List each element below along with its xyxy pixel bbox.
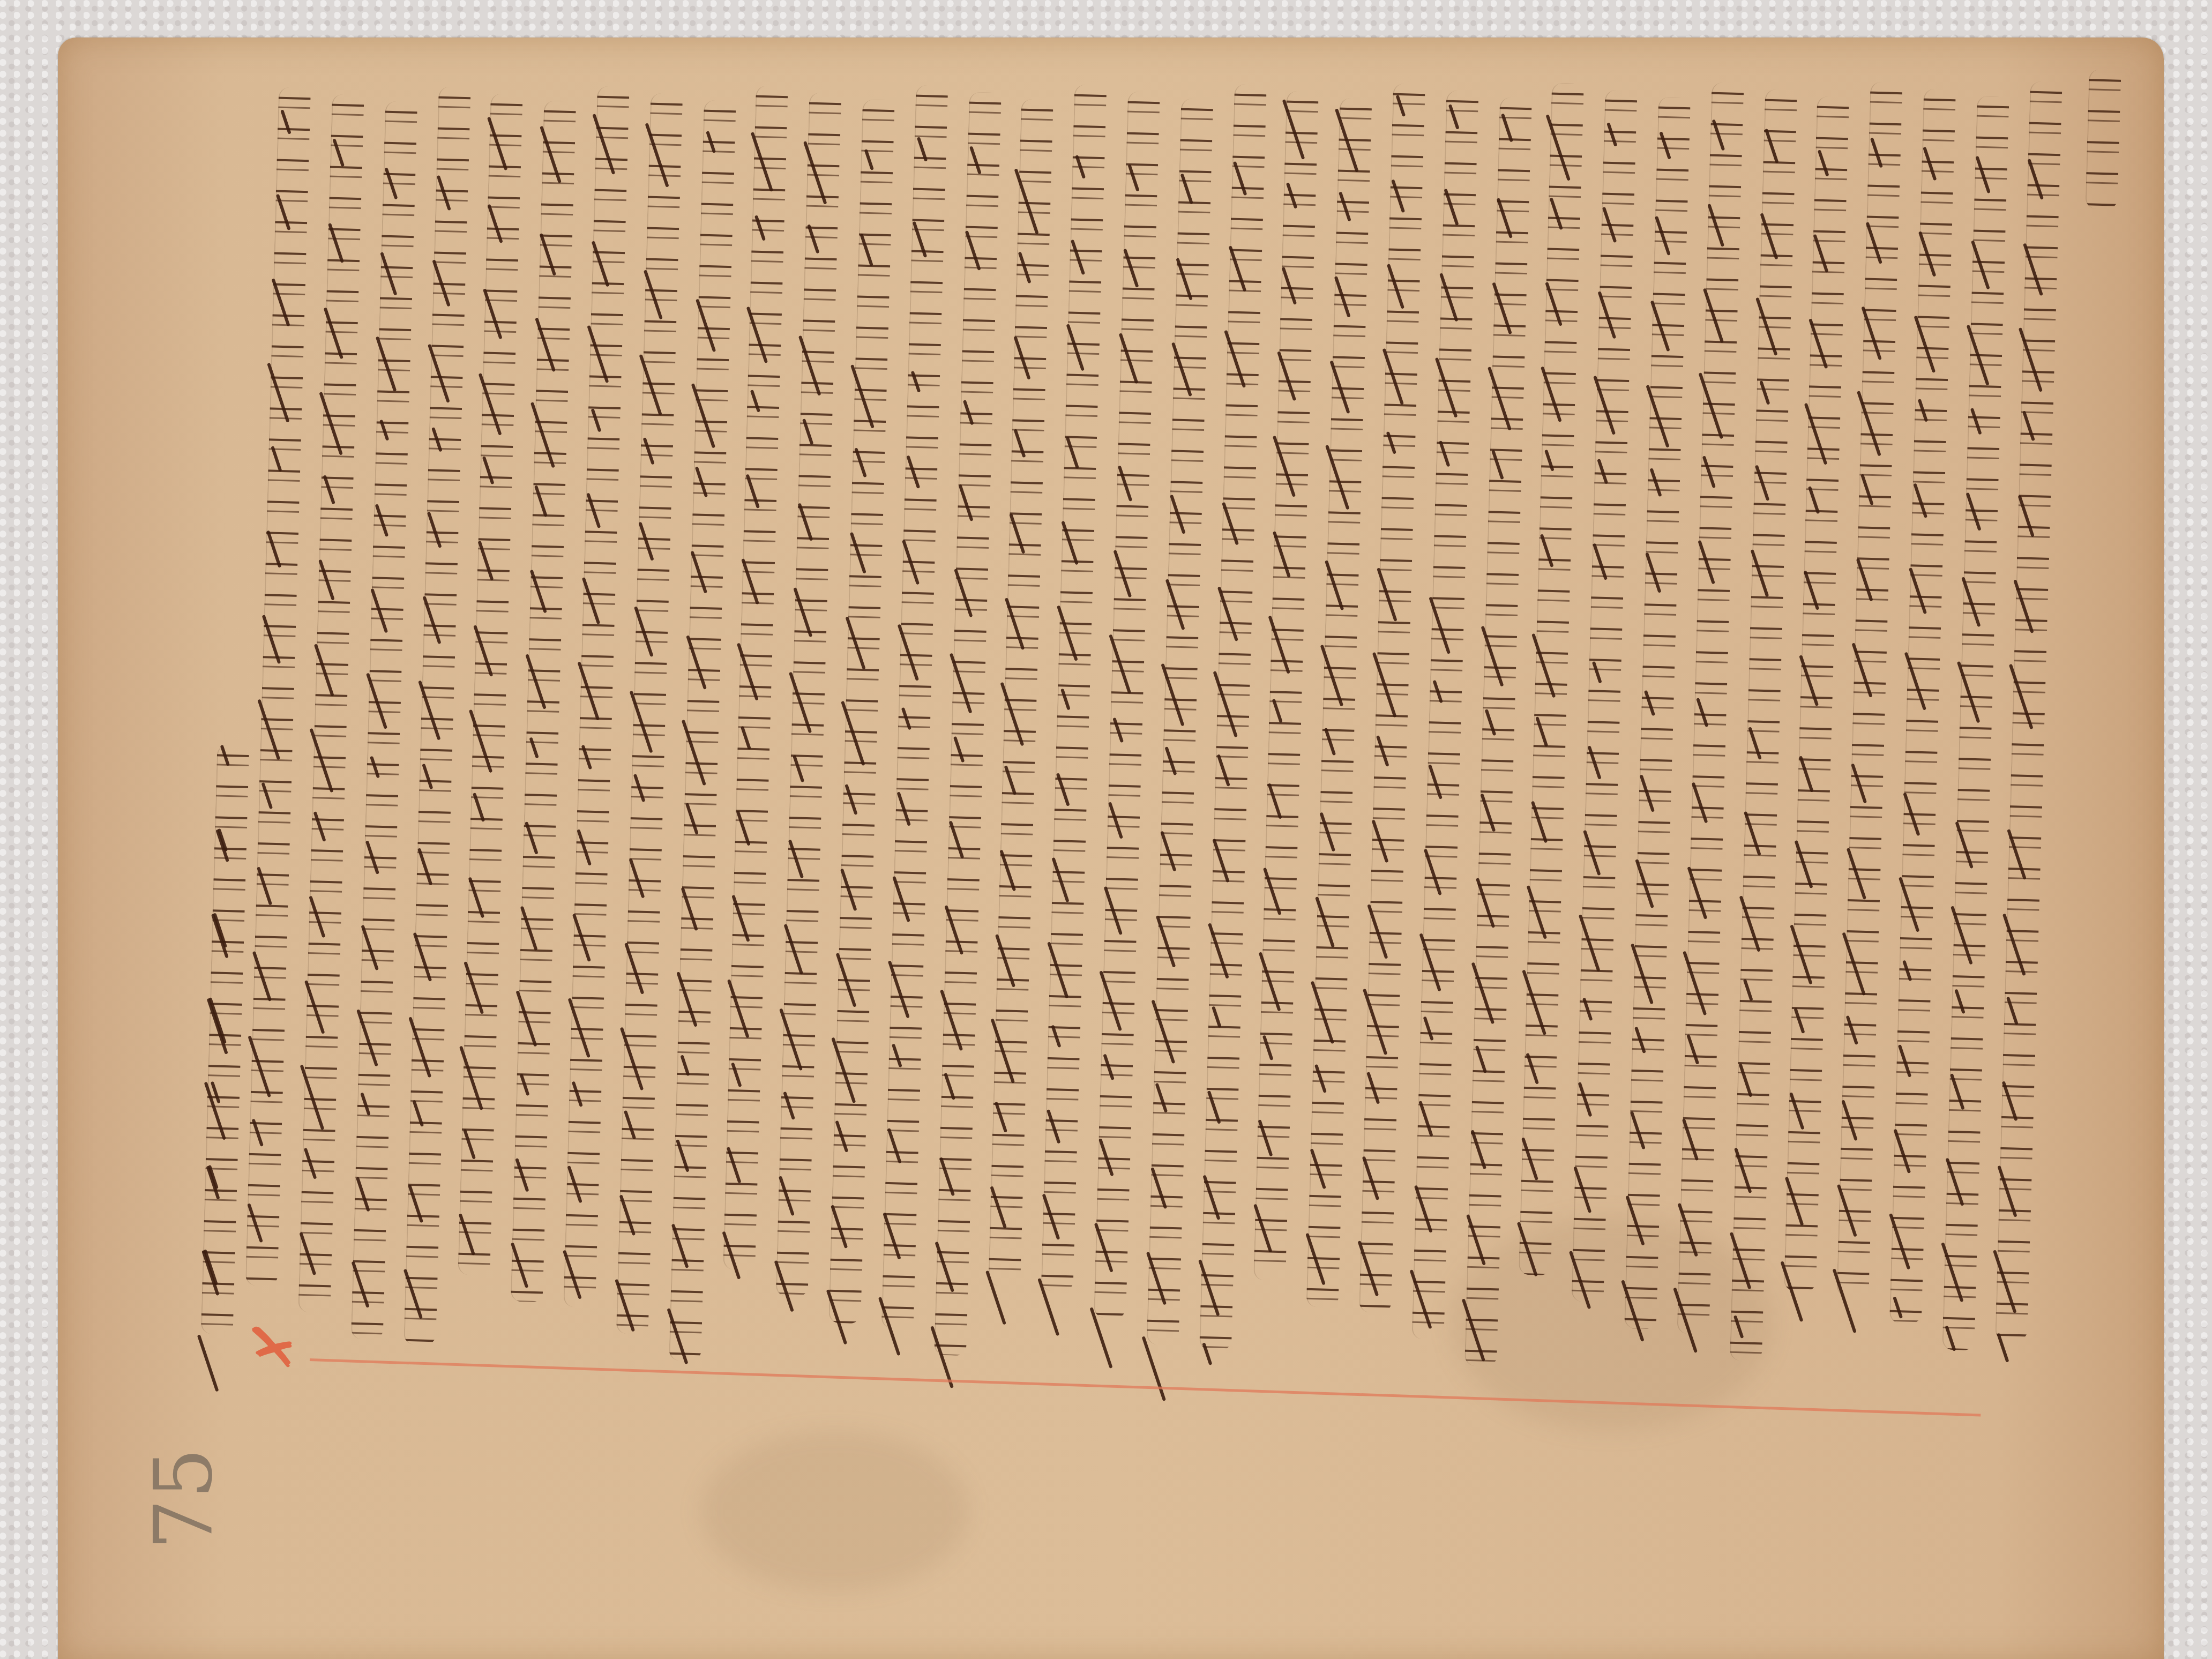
ink-stroke (366, 672, 387, 729)
ink-stroke (1428, 764, 1443, 799)
ink-stroke (1233, 161, 1247, 196)
ink-stroke (592, 241, 610, 287)
ink-stroke (379, 420, 389, 441)
ink-stroke (582, 577, 600, 624)
ink-stroke (1480, 793, 1496, 832)
ink-stroke (850, 364, 875, 429)
ink-stroke (1329, 360, 1350, 414)
ink-stroke (1164, 746, 1177, 775)
ink-stroke (1315, 896, 1335, 948)
ink-stroke (1000, 682, 1024, 746)
handwritten-text-block (209, 48, 2084, 1366)
ink-stroke (1673, 1287, 1698, 1352)
ink-stroke (459, 1046, 483, 1111)
ink-stroke (1113, 550, 1132, 597)
catchword-line (2085, 69, 2121, 210)
handwritten-line (1995, 81, 2062, 1341)
ink-stroke (1808, 486, 1820, 514)
ink-stroke (1659, 131, 1671, 159)
ink-stroke (906, 455, 920, 489)
ink-stroke (751, 132, 773, 192)
handwritten-line (298, 94, 364, 1313)
ink-stroke (360, 1092, 371, 1116)
ink-stroke (473, 625, 493, 677)
ink-stroke (944, 905, 963, 955)
ink-stroke (1967, 325, 1990, 386)
ink-stroke (888, 960, 910, 1018)
ink-stroke (208, 997, 227, 1044)
ink-stroke (1439, 440, 1450, 467)
ink-stroke (892, 876, 910, 922)
ink-stroke (324, 307, 343, 359)
ink-stroke (2013, 579, 2034, 633)
ink-stroke (428, 344, 450, 403)
ink-stroke (696, 299, 716, 353)
ink-stroke (1363, 989, 1387, 1055)
ink-stroke (408, 1184, 423, 1223)
ink-stroke (1857, 391, 1881, 456)
ink-stroke (1259, 952, 1281, 1011)
ink-stroke (682, 720, 706, 786)
ink-stroke (370, 756, 380, 779)
ink-stroke (272, 278, 290, 326)
ink-stroke (1123, 249, 1139, 288)
ink-stroke (1424, 849, 1442, 895)
ink-stroke (1950, 1073, 1965, 1110)
ink-stroke (1902, 960, 1912, 981)
ink-stroke (1396, 95, 1406, 117)
ink-stroke (741, 558, 759, 604)
ink-stroke (2022, 410, 2035, 441)
ink-stroke (901, 707, 911, 730)
ink-stroke (643, 437, 655, 465)
handwritten-line (201, 744, 250, 1334)
ink-stroke (1501, 113, 1513, 142)
ink-stroke (1013, 429, 1026, 458)
ink-stroke (939, 1157, 955, 1196)
ink-stroke (1367, 904, 1388, 959)
ink-stroke (1893, 1296, 1903, 1319)
ink-stroke (1305, 1233, 1326, 1286)
ink-stroke (667, 1308, 688, 1364)
handwritten-line (1784, 96, 1849, 1292)
ink-stroke (1597, 291, 1616, 339)
ink-stroke (1748, 727, 1762, 760)
ink-stroke (304, 1148, 317, 1179)
ink-stroke (591, 408, 601, 432)
ink-stroke (1903, 793, 1920, 836)
ink-stroke (356, 1177, 370, 1212)
ink-stroke (850, 532, 866, 574)
ink-stroke (1573, 1167, 1591, 1213)
ink-stroke (1228, 245, 1246, 292)
ink-stroke (563, 1250, 582, 1299)
ink-stroke (1282, 99, 1305, 160)
ink-stroke (252, 1119, 264, 1147)
ink-stroke (845, 784, 857, 815)
ink-stroke (427, 512, 442, 548)
ink-stroke (376, 337, 397, 392)
ink-stroke (1813, 234, 1828, 273)
ink-stroke (1893, 1129, 1911, 1174)
ink-stroke (1071, 240, 1085, 275)
ink-stroke (831, 1205, 848, 1249)
ink-stroke (1272, 699, 1283, 723)
ink-stroke (686, 635, 707, 690)
handwritten-line (1519, 83, 1584, 1276)
ink-stroke (313, 811, 326, 842)
ink-stroke (754, 215, 766, 241)
ink-stroke (1837, 1184, 1857, 1237)
ink-stroke (836, 953, 857, 1007)
ink-stroke (592, 114, 615, 175)
ink-stroke (1273, 531, 1291, 578)
ink-stroke (1056, 773, 1070, 806)
ink-stroke (965, 230, 981, 271)
ink-stroke (482, 456, 495, 484)
ink-stroke (845, 616, 865, 670)
ink-stroke (1009, 513, 1025, 554)
ink-stroke (375, 504, 389, 537)
ink-stroke (479, 373, 502, 436)
ink-stroke (788, 839, 804, 878)
ink-stroke (1165, 579, 1185, 630)
ink-stroke (2002, 1081, 2018, 1121)
ink-stroke (883, 1213, 901, 1260)
ink-stroke (403, 1269, 423, 1319)
ink-stroke (581, 745, 593, 769)
ink-stroke (1273, 436, 1296, 497)
ink-stroke (1281, 267, 1297, 305)
handwritten-line (1889, 89, 1956, 1324)
ink-stroke (1966, 492, 1981, 531)
ink-stroke (1222, 502, 1239, 545)
ink-stroke (1051, 1025, 1061, 1048)
ink-stroke (1593, 543, 1608, 580)
ink-stroke (534, 485, 548, 517)
ink-stroke (1146, 1252, 1167, 1305)
ink-stroke (995, 1102, 1007, 1133)
ink-stroke (431, 427, 443, 452)
ink-stroke (1103, 1054, 1114, 1080)
ink-stroke (1545, 282, 1563, 326)
ink-stroke (422, 764, 433, 789)
ink-stroke (1099, 970, 1122, 1031)
paper-stain (701, 1431, 969, 1591)
ink-stroke (1391, 180, 1405, 213)
ink-stroke (1755, 465, 1769, 501)
handwritten-line (776, 93, 842, 1297)
ink-stroke (1325, 445, 1349, 510)
ink-stroke (319, 392, 343, 455)
ink-stroke (1161, 663, 1184, 727)
ink-stroke (1870, 138, 1883, 168)
ink-stroke (1005, 597, 1025, 650)
ink-stroke (1544, 450, 1555, 472)
ink-stroke (1180, 174, 1193, 205)
ink-stroke (1476, 878, 1495, 928)
ink-stroke (1268, 616, 1290, 674)
ink-stroke (1579, 914, 1601, 972)
ink-stroke (1961, 577, 1981, 627)
ink-stroke (1687, 866, 1707, 920)
ink-stroke (1310, 1148, 1326, 1189)
ink-stroke (520, 1073, 530, 1096)
ink-stroke (487, 204, 503, 243)
handwritten-line (511, 101, 577, 1303)
ink-stroke (898, 624, 919, 681)
ink-stroke (940, 989, 963, 1051)
ink-stroke (802, 419, 813, 445)
handwritten-line (1253, 91, 1319, 1281)
ink-stroke (1202, 1342, 1212, 1365)
ink-stroke (309, 728, 333, 793)
ink-stroke (1491, 450, 1504, 480)
ink-stroke (671, 1223, 689, 1268)
ink-stroke (741, 726, 751, 750)
ink-stroke (1914, 316, 1936, 373)
ink-stroke (271, 446, 282, 472)
ink-stroke (1730, 1232, 1752, 1289)
ink-stroke (1597, 459, 1608, 484)
ink-stroke (1630, 1111, 1646, 1149)
ink-stroke (332, 138, 345, 167)
ink-stroke (418, 681, 440, 741)
ink-stroke (1765, 129, 1779, 163)
ink-stroke (220, 745, 230, 766)
ink-stroke (1366, 1072, 1380, 1104)
ink-stroke (261, 782, 273, 809)
ink-stroke (1042, 1194, 1060, 1240)
ink-stroke (1521, 1137, 1538, 1180)
ink-stroke (1217, 754, 1230, 787)
ink-stroke (361, 925, 378, 970)
manuscript-page: ✗ 75 nüaeü (58, 38, 2164, 1659)
ink-stroke (417, 848, 432, 885)
ink-stroke (1909, 567, 1927, 614)
ink-stroke (1790, 924, 1812, 984)
ink-stroke (323, 475, 335, 504)
ink-stroke (1540, 534, 1554, 567)
ink-stroke (1098, 1138, 1114, 1176)
ink-stroke (1531, 633, 1556, 698)
ink-stroke (736, 810, 751, 846)
ink-stroke (1975, 156, 1990, 193)
ink-stroke (1582, 998, 1593, 1021)
ink-stroke (779, 1008, 803, 1071)
ink-stroke (1841, 1100, 1858, 1141)
ink-stroke (1696, 698, 1708, 727)
ink-stroke (1804, 403, 1828, 465)
ink-stroke (963, 400, 974, 425)
ink-stroke (685, 803, 699, 835)
ink-stroke (1703, 288, 1724, 343)
ink-stroke (1517, 1222, 1538, 1276)
ink-stroke (1448, 104, 1460, 129)
ink-stroke (487, 117, 508, 171)
ink-stroke (1419, 933, 1441, 991)
ink-stroke (1160, 831, 1176, 872)
ink-stroke (252, 951, 272, 1002)
ink-stroke (1759, 380, 1770, 405)
ink-stroke (1112, 718, 1124, 743)
ink-stroke (1320, 645, 1344, 707)
ink-stroke (1997, 1165, 2017, 1217)
ink-stroke (1522, 970, 1546, 1035)
ink-stroke (1339, 191, 1351, 221)
ink-stroke (1435, 357, 1458, 418)
ink-stroke (577, 829, 592, 865)
ink-stroke (1335, 108, 1359, 173)
ink-stroke (1485, 709, 1497, 736)
ink-stroke (1047, 1109, 1061, 1144)
ink-stroke (1856, 558, 1873, 602)
handwritten-line (1677, 83, 1744, 1335)
ink-stroke (1621, 1280, 1645, 1342)
ink-stroke (999, 850, 1016, 892)
ink-stroke (1550, 198, 1563, 230)
ink-stroke (840, 869, 857, 911)
ink-stroke (1634, 1027, 1646, 1053)
ink-stroke (1386, 431, 1396, 454)
ink-stroke (902, 540, 920, 585)
ink-stroke (1851, 764, 1867, 804)
ink-stroke (1118, 466, 1132, 502)
ink-stroke (1311, 981, 1334, 1044)
ink-stroke (1497, 198, 1513, 238)
ink-stroke (1481, 626, 1504, 687)
ink-stroke (624, 1110, 636, 1140)
ink-stroke (1592, 661, 1602, 684)
ink-stroke (1439, 273, 1458, 322)
handwritten-line (351, 101, 418, 1340)
ink-stroke (944, 1073, 955, 1100)
ink-stroke (1047, 941, 1068, 998)
ink-stroke (831, 1037, 856, 1103)
ink-stroke (680, 1055, 690, 1076)
ink-stroke (276, 194, 291, 230)
ink-stroke (615, 1279, 635, 1332)
ink-stroke (1387, 264, 1404, 309)
ink-stroke (1760, 213, 1778, 259)
ink-stroke (1818, 150, 1829, 176)
ink-stroke (1324, 728, 1336, 756)
ink-stroke (783, 1092, 795, 1120)
ink-stroke (1142, 1336, 1166, 1401)
ink-stroke (267, 363, 289, 423)
handwritten-line (1306, 98, 1372, 1308)
handwritten-line (723, 86, 788, 1271)
ink-stroke (247, 1203, 263, 1243)
ink-stroke (896, 791, 911, 826)
ink-stroke (352, 1261, 370, 1308)
ink-stroke (1743, 979, 1753, 1002)
ink-stroke (1587, 745, 1601, 780)
ink-stroke (1799, 756, 1814, 792)
ink-stroke (1429, 597, 1451, 654)
ink-stroke (408, 1017, 431, 1078)
ink-stroke (737, 643, 759, 701)
ink-stroke (1795, 840, 1813, 888)
ink-stroke (1150, 1167, 1167, 1209)
ink-stroke (1492, 282, 1512, 335)
ink-stroke (1108, 802, 1123, 839)
ink-stroke (1089, 1307, 1112, 1369)
ink-stroke (1606, 122, 1617, 147)
ink-stroke (567, 1165, 582, 1203)
ink-stroke (1793, 1008, 1805, 1034)
ink-stroke (1686, 1034, 1699, 1065)
handwritten-line (988, 99, 1053, 1287)
ink-stroke (1207, 1090, 1221, 1124)
ink-stroke (1804, 571, 1820, 610)
ink-stroke (1109, 634, 1131, 694)
ink-stroke (1314, 1064, 1327, 1093)
ink-stroke (1733, 1315, 1744, 1339)
ink-stroke (681, 887, 698, 931)
ink-stroke (695, 466, 708, 497)
ink-stroke (1213, 671, 1237, 737)
ink-stroke (1602, 207, 1617, 243)
ink-stroke (1423, 1017, 1434, 1041)
ink-stroke (1018, 252, 1032, 284)
ink-stroke (779, 1176, 795, 1216)
ink-stroke (912, 221, 927, 258)
ink-stroke (300, 1065, 325, 1130)
ink-stroke (638, 522, 654, 561)
ink-stroke (1224, 330, 1246, 388)
ink-stroke (1014, 168, 1039, 234)
ink-stroke (1692, 782, 1708, 824)
ink-stroke (1171, 342, 1192, 397)
ink-stroke (2023, 243, 2043, 296)
ink-stroke (257, 699, 280, 760)
ink-stroke (370, 588, 388, 633)
ink-stroke (1212, 839, 1230, 883)
ink-stroke (1263, 868, 1282, 915)
ink-stroke (318, 559, 335, 601)
ink-stroke (309, 896, 325, 938)
ink-stroke (706, 131, 716, 153)
ink-stroke (1569, 1251, 1591, 1309)
ink-stroke (1212, 1006, 1222, 1028)
ink-stroke (793, 587, 812, 637)
ink-stroke (746, 307, 768, 363)
ink-stroke (1155, 1083, 1168, 1113)
ink-stroke (798, 335, 821, 396)
ink-stroke (1357, 1240, 1379, 1296)
ink-stroke (1739, 895, 1761, 952)
ink-stroke (1060, 689, 1071, 711)
ink-stroke (1334, 276, 1351, 318)
handwritten-line (1624, 97, 1691, 1329)
ink-stroke (620, 1027, 644, 1091)
ink-stroke (2007, 829, 2027, 880)
ink-stroke (1217, 586, 1238, 641)
ink-stroke (1253, 1204, 1272, 1253)
ink-stroke (727, 1147, 742, 1183)
ink-stroke (1325, 560, 1344, 610)
ink-stroke (1198, 1259, 1220, 1316)
ink-stroke (985, 1271, 1006, 1325)
ink-stroke (774, 1260, 794, 1312)
handwritten-line (828, 100, 895, 1324)
ink-stroke (1809, 318, 1828, 369)
ink-stroke (958, 484, 973, 521)
ink-stroke (1527, 885, 1548, 939)
ink-stroke (1151, 1000, 1175, 1064)
ink-stroke (1645, 552, 1661, 593)
